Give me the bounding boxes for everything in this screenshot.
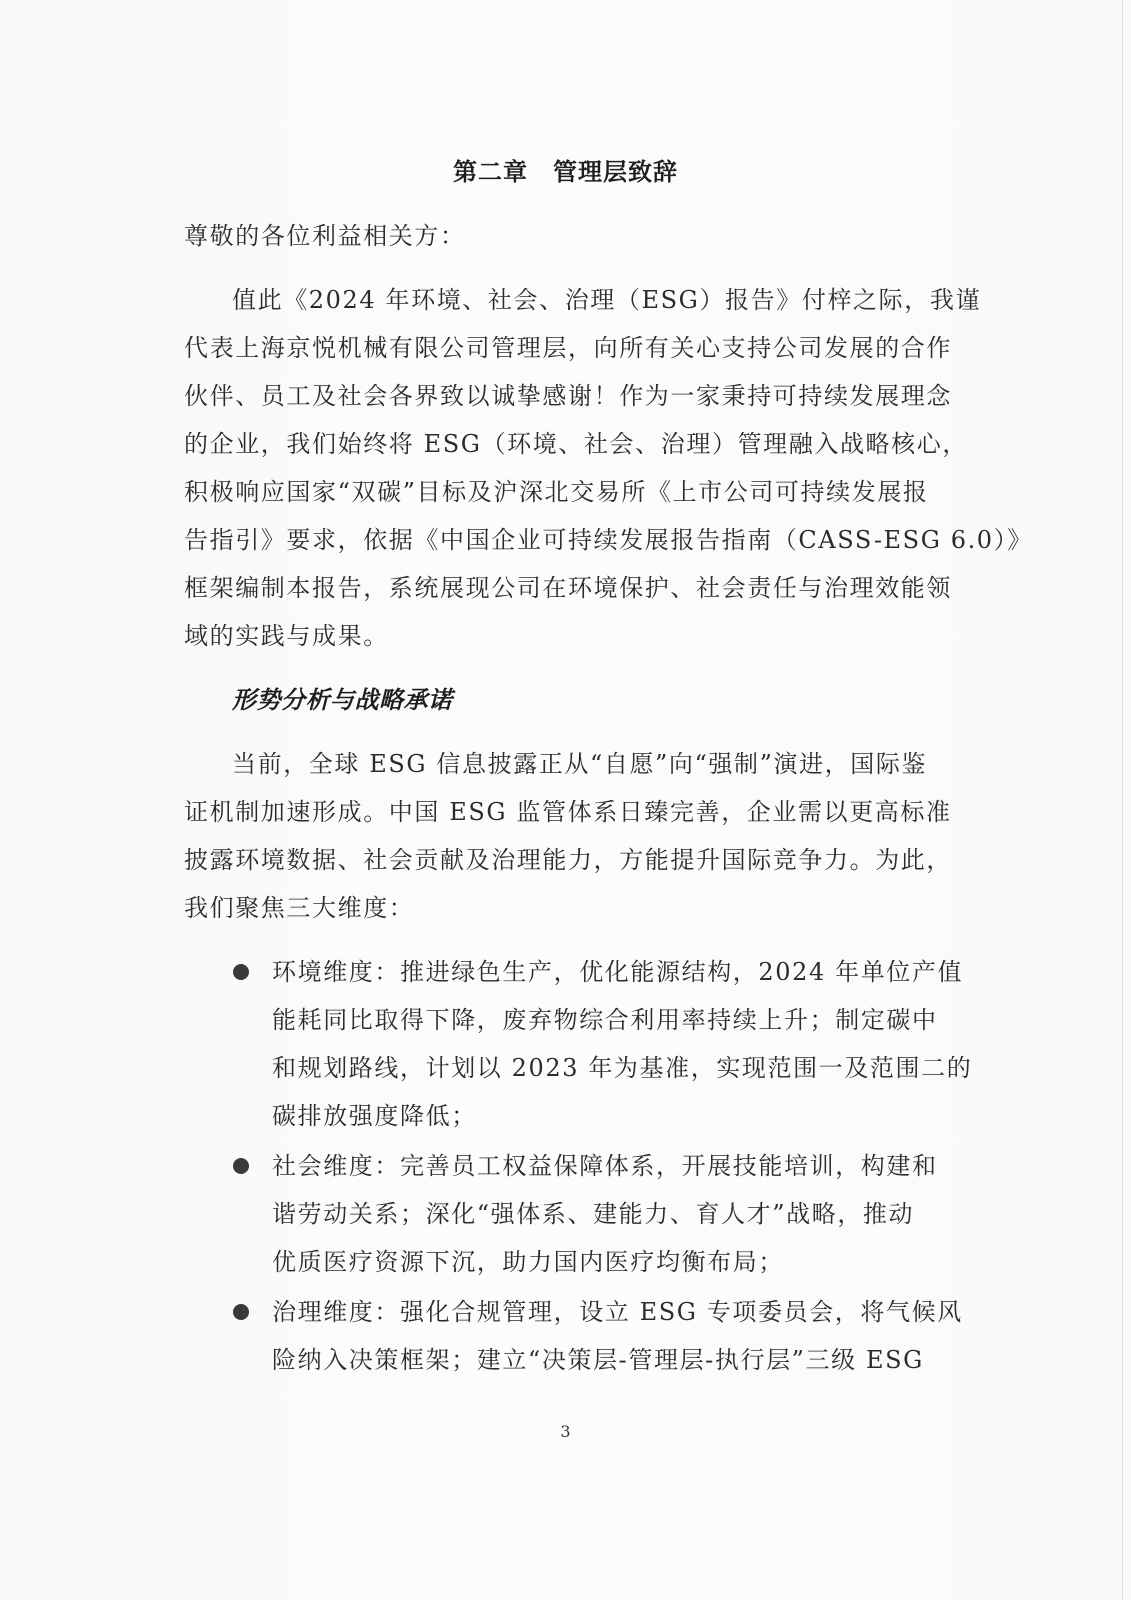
situation-line: 我们聚焦三大维度： [184,892,932,924]
bullet-society-line: 优质医疗资源下沉，助力国内医疗均衡布局； [272,1246,932,1278]
situation-line: 披露环境数据、社会贡献及治理能力，方能提升国际竞争力。为此， [184,844,932,876]
bullet-dot-icon [233,964,249,980]
document-page: 第二章 管理层致辞 尊敬的各位利益相关方： 值此《2024 年环境、社会、治理（… [0,0,1131,1600]
situation-line: 当前，全球 ESG 信息披露正从“自愿”向“强制”演进，国际鉴 [232,748,932,780]
bullet-environment-line: 和规划路线，计划以 2023 年为基准，实现范围一及范围二的 [272,1052,932,1084]
bullet-environment-line: 碳排放强度降低； [272,1100,932,1132]
page-edge-divider [1122,0,1123,1600]
salutation: 尊敬的各位利益相关方： [184,220,932,252]
intro-line: 框架编制本报告，系统展现公司在环境保护、社会责任与治理效能领 [184,572,932,604]
chapter-title: 第二章 管理层致辞 [0,156,1131,188]
bullet-dot-icon [233,1304,249,1320]
intro-line: 告指引》要求，依据《中国企业可持续发展报告指南（CASS-ESG 6.0）》 [184,524,932,556]
bullet-society-line: 谐劳动关系；深化“强体系、建能力、育人才”战略，推动 [272,1198,932,1230]
intro-line: 值此《2024 年环境、社会、治理（ESG）报告》付梓之际，我谨 [232,284,932,316]
bullet-environment-line: 环境维度：推进绿色生产，优化能源结构，2024 年单位产值 [272,956,932,988]
intro-line: 的企业，我们始终将 ESG（环境、社会、治理）管理融入战略核心， [184,428,932,460]
intro-line: 积极响应国家“双碳”目标及沪深北交易所《上市公司可持续发展报 [184,476,932,508]
intro-line: 伙伴、员工及社会各界致以诚挚感谢！作为一家秉持可持续发展理念 [184,380,932,412]
bullet-environment-line: 能耗同比取得下降，废弃物综合利用率持续上升；制定碳中 [272,1004,932,1036]
bullet-dot-icon [233,1158,249,1174]
intro-line: 代表上海京悦机械有限公司管理层，向所有关心支持公司发展的合作 [184,332,932,364]
intro-line: 域的实践与成果。 [184,620,932,652]
bullet-governance-line: 险纳入决策框架；建立“决策层-管理层-执行层”三级 ESG [272,1344,932,1376]
page-number: 3 [0,1422,1131,1442]
bullet-governance-line: 治理维度：强化合规管理，设立 ESG 专项委员会，将气候风 [272,1296,932,1328]
section-title: 形势分析与战略承诺 [232,684,453,716]
situation-line: 证机制加速形成。中国 ESG 监管体系日臻完善，企业需以更高标准 [184,796,932,828]
bullet-society-line: 社会维度：完善员工权益保障体系，开展技能培训，构建和 [272,1150,932,1182]
